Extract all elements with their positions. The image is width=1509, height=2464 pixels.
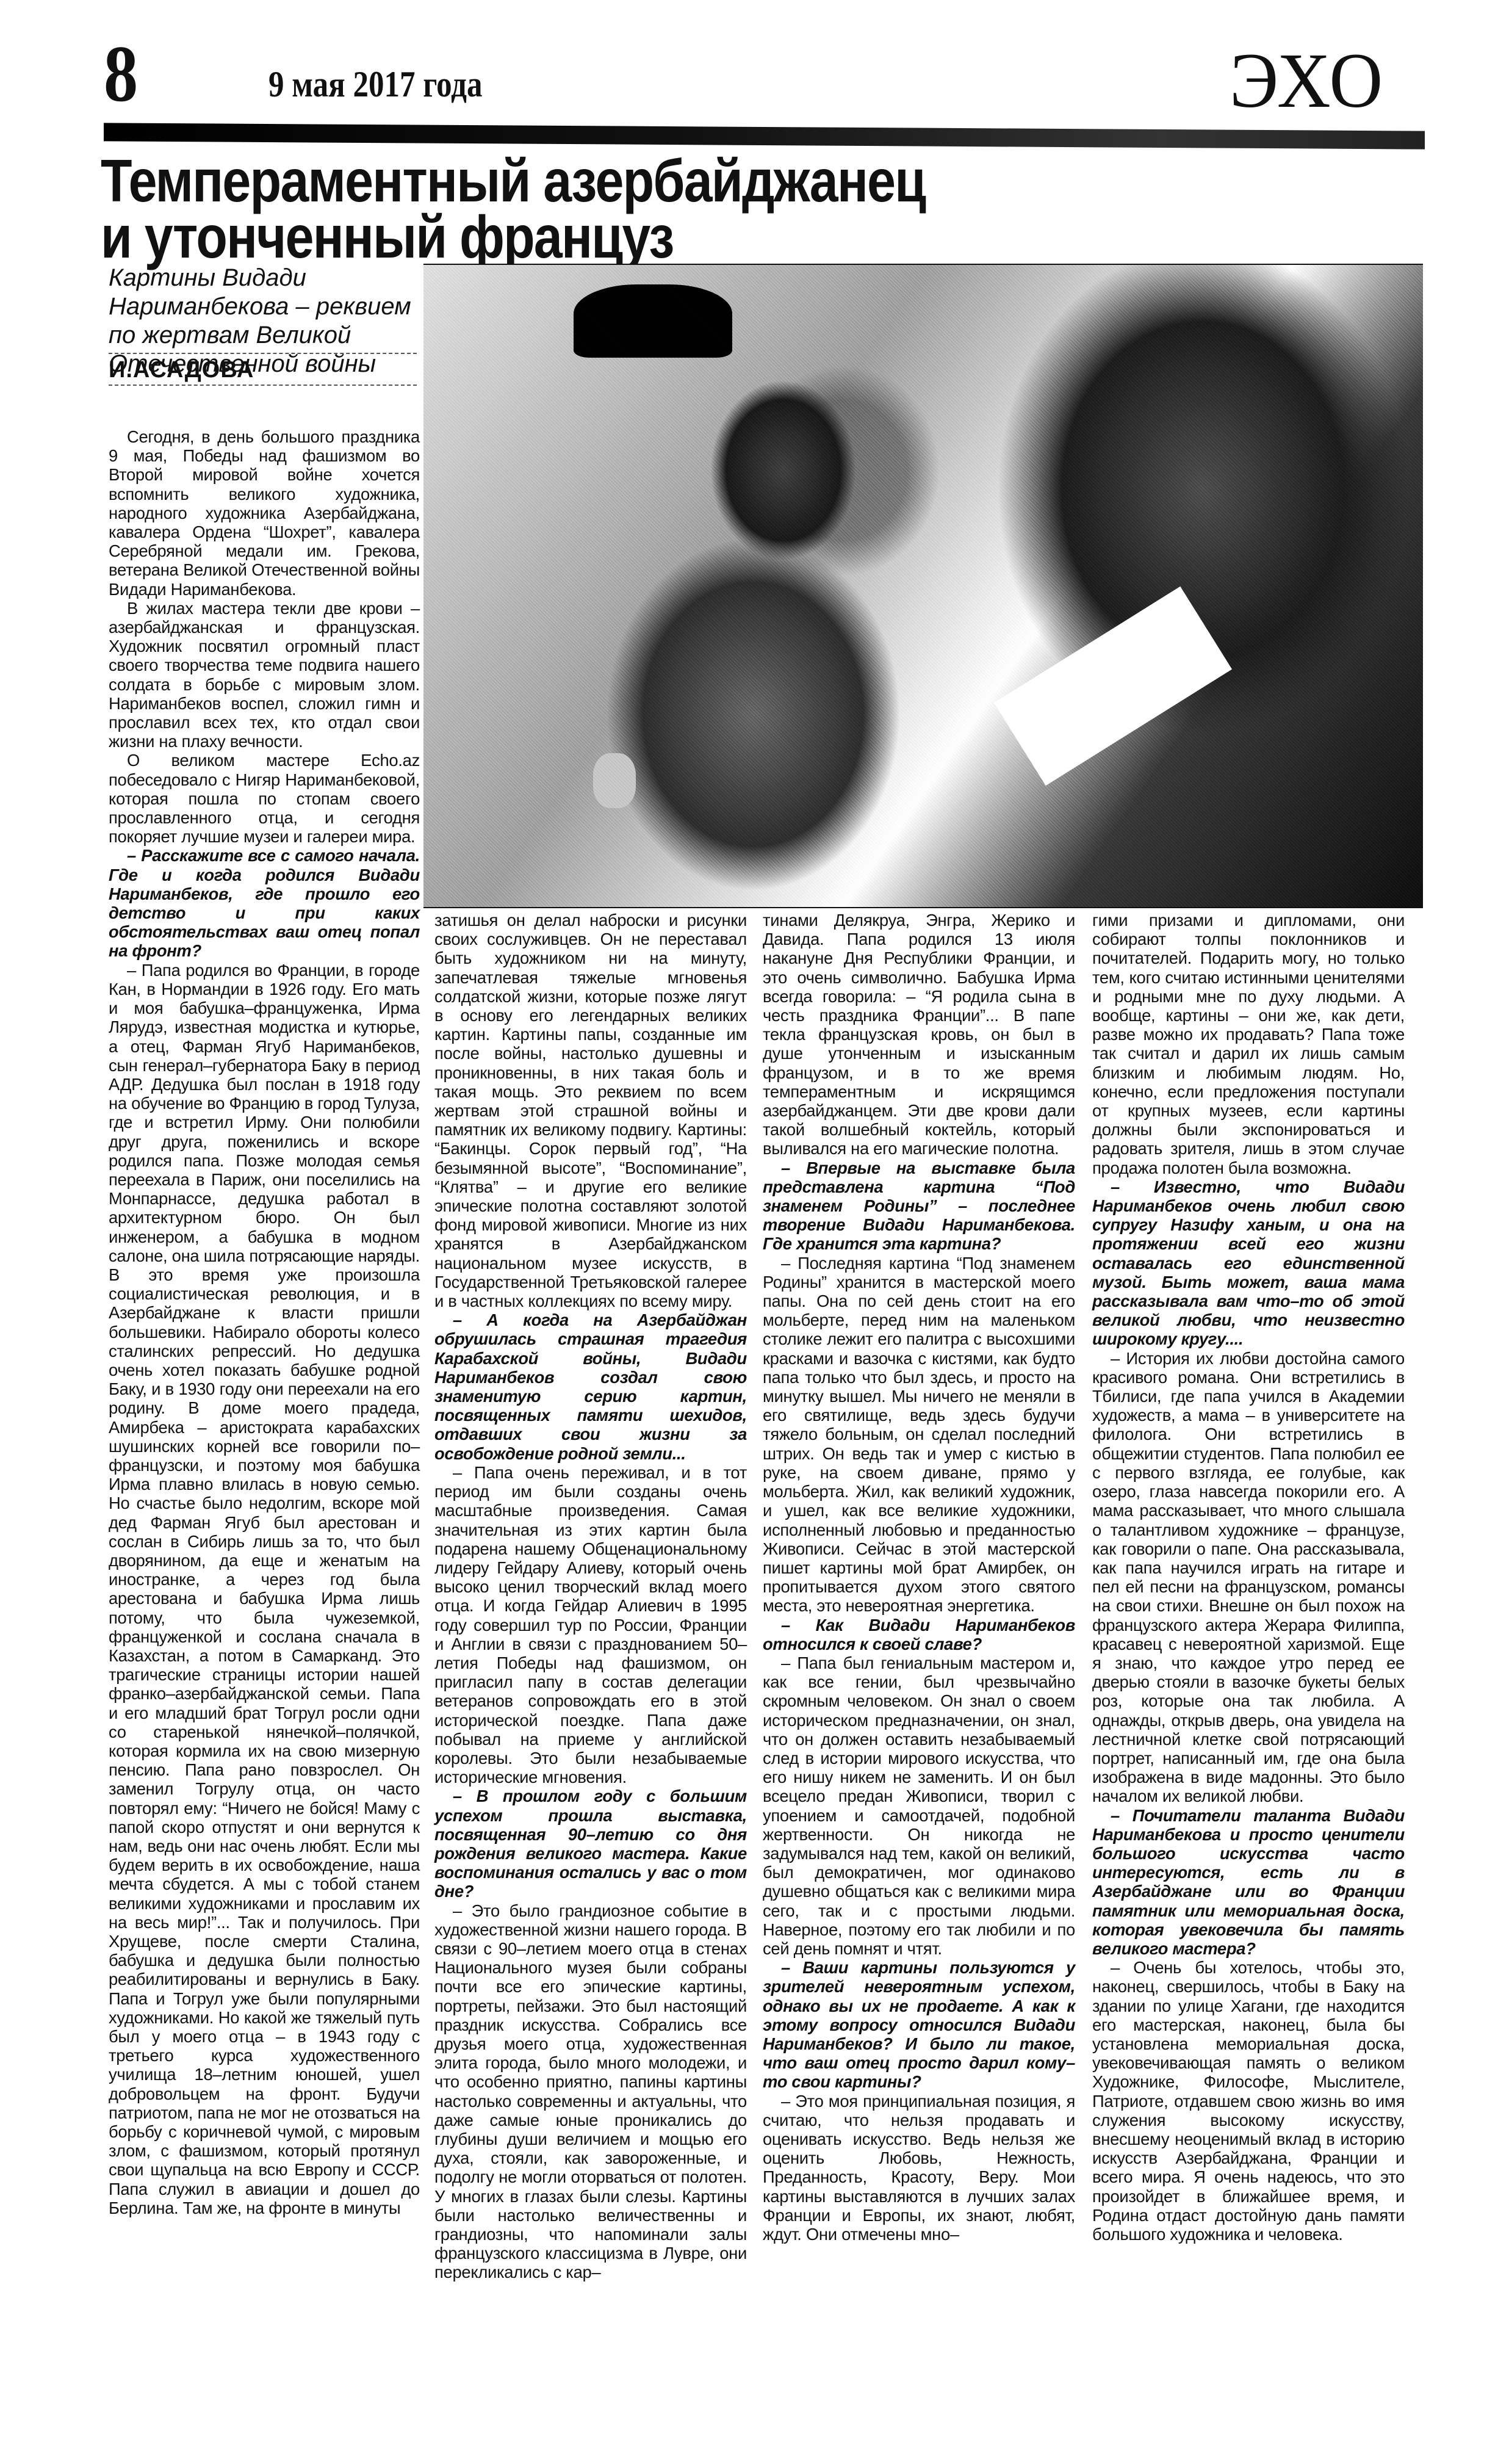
- article-photo: [423, 264, 1423, 908]
- article-column-3: тинами Делякруа, Энгра, Жерико и Давида.…: [763, 911, 1075, 2244]
- article-paragraph: – История их любви достойна самого краси…: [1092, 1349, 1405, 1806]
- article-paragraph: – Очень бы хотелось, чтобы это, наконец,…: [1092, 1958, 1405, 2244]
- headline-line-2: и утонченный француз: [101, 209, 925, 265]
- article-paragraph: – Папа очень переживал, и в тот период и…: [434, 1463, 747, 1787]
- article-paragraph: В жилах мастера текли две крови – азерба…: [109, 599, 420, 751]
- interview-question: – Известно, что Видади Нариманбеков очен…: [1092, 1177, 1405, 1349]
- newspaper-masthead: ЭХО: [1230, 42, 1385, 120]
- interview-question: – Ваши картины пользуются у зрителей нев…: [763, 1958, 1075, 2091]
- interview-question: – В прошлом году с большим успехом прошл…: [434, 1787, 747, 1901]
- article-headline: Темпераментный азербайджанец и утонченны…: [101, 153, 925, 265]
- article-paragraph: – Папа был гениальным мастером и, как вс…: [763, 1653, 1075, 1958]
- article-paragraph: О великом мастере Echo.az побеседовало с…: [109, 751, 420, 846]
- interview-question: – Как Видади Нариманбеков относился к св…: [763, 1616, 1075, 1653]
- interview-question: – А когда на Азербайджан обрушилась стра…: [434, 1310, 747, 1463]
- header-rule: [104, 123, 1425, 149]
- article-paragraph: тинами Делякруа, Энгра, Жерико и Давида.…: [763, 911, 1075, 1158]
- article-paragraph: гими призами и дипломами, они собирают т…: [1092, 911, 1405, 1177]
- issue-date: 9 мая 2017 года: [268, 66, 482, 103]
- author-byline: И.АСАДОВА: [109, 358, 417, 382]
- interview-question: – Расскажите все с самого начала. Где и …: [109, 846, 420, 960]
- article-paragraph: – Последняя картина “Под знаменем Родины…: [763, 1254, 1075, 1616]
- byline-box: И.АСАДОВА: [109, 353, 417, 386]
- article-paragraph: – Это моя принципиальная позиция, я счит…: [763, 2092, 1075, 2244]
- article-paragraph: – Это было грандиозное событие в художес…: [434, 1901, 747, 2282]
- headline-line-1: Темпераментный азербайджанец: [101, 153, 925, 209]
- article-column-2: затишья он делал наброски и рисунки свои…: [434, 911, 747, 2282]
- interview-question: – Почитатели таланта Видади Нариманбеков…: [1092, 1806, 1405, 1959]
- article-paragraph: затишья он делал наброски и рисунки свои…: [434, 911, 747, 1310]
- interview-question: – Впервые на выставке была представлена …: [763, 1158, 1075, 1254]
- page-number: 8: [104, 34, 138, 114]
- article-column-4: гими призами и дипломами, они собирают т…: [1092, 911, 1405, 2244]
- photo-grain: [423, 265, 1423, 907]
- article-paragraph: Сегодня, в день большого праздника 9 мая…: [109, 427, 420, 599]
- article-paragraph: – Папа родился во Франции, в городе Кан,…: [109, 961, 420, 2217]
- article-column-1: Сегодня, в день большого праздника 9 мая…: [109, 427, 420, 2217]
